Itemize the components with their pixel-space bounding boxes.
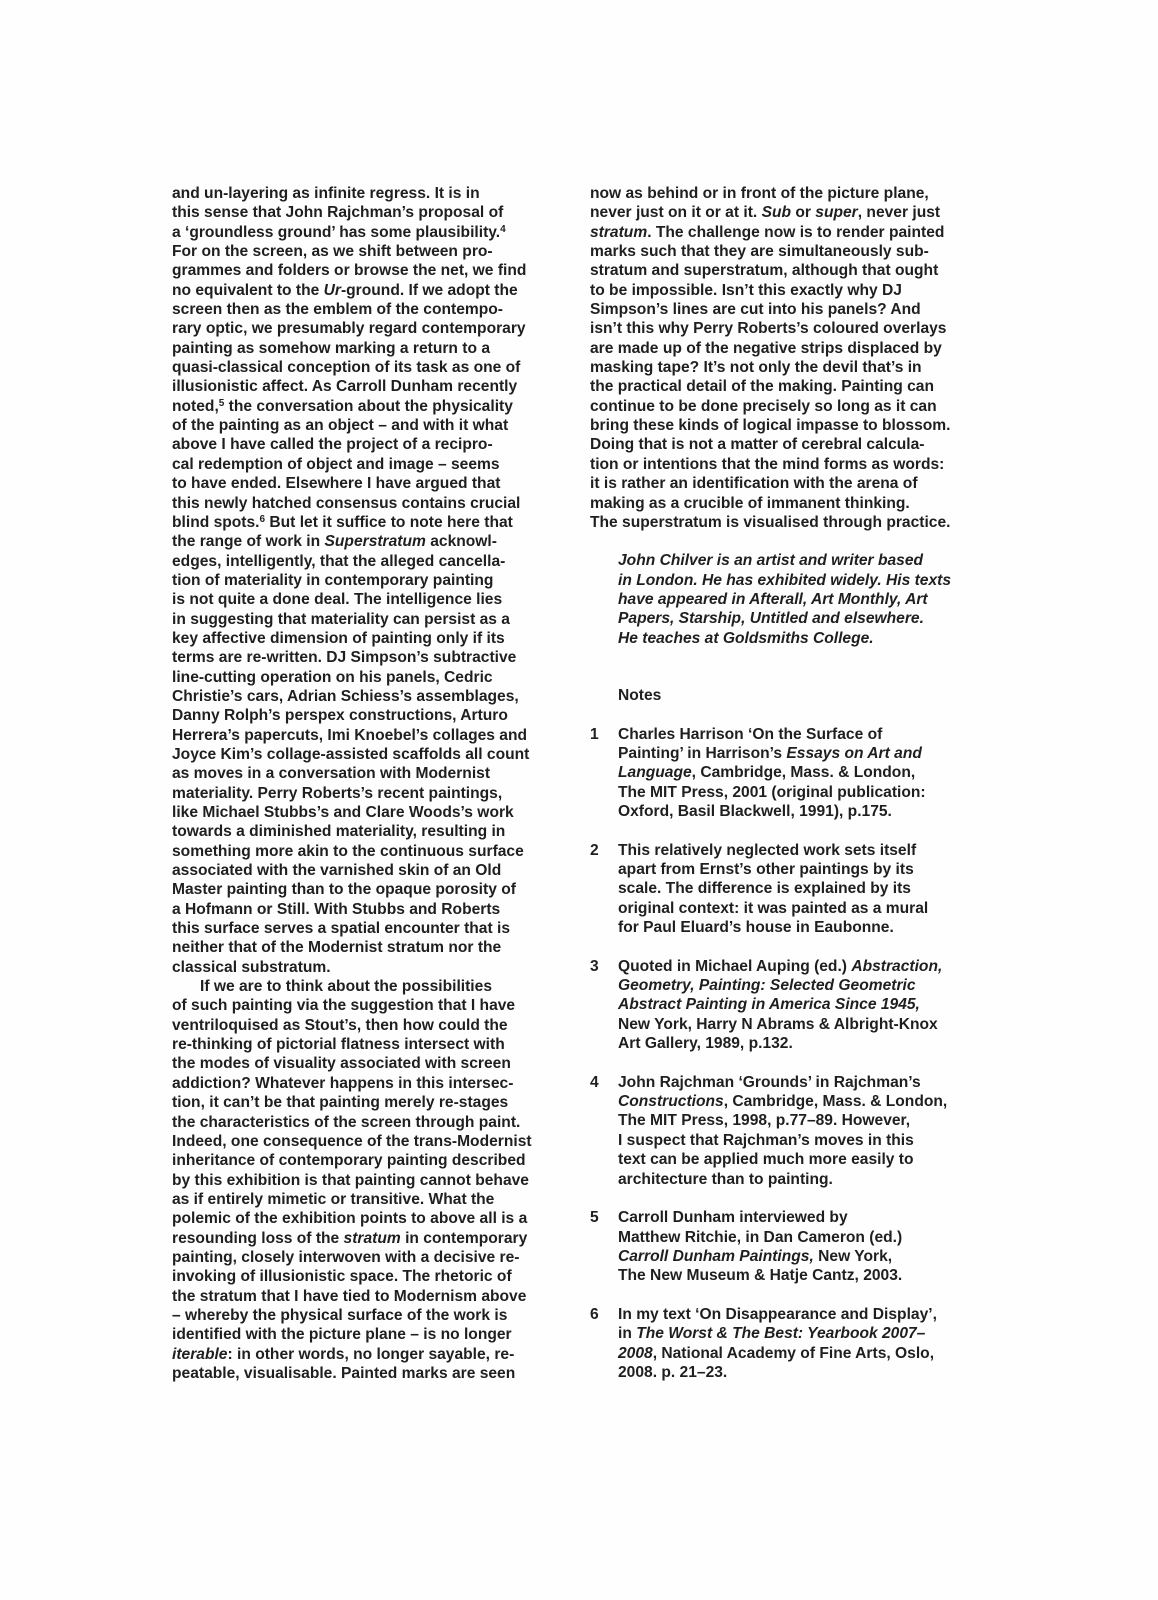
italic-title: Language <box>618 764 692 781</box>
note-item: 2 This relatively neglected work sets it… <box>590 841 1000 938</box>
text-line: Charles Harrison ‘On the Surface of <box>618 725 1000 744</box>
text-run: no equivalent to the <box>172 282 324 299</box>
text-line: masking tape? It’s not only the devil th… <box>590 358 1000 377</box>
text-run: , Cambridge, Mass. & London, <box>692 764 916 781</box>
text-line: polemic of the exhibition points to abov… <box>172 1209 572 1228</box>
text-line: Abstract Painting in America Since 1945, <box>618 995 1000 1014</box>
text-line: – whereby the physical surface of the wo… <box>172 1306 572 1325</box>
text-line: Constructions, Cambridge, Mass. & London… <box>618 1092 1000 1111</box>
text-line: If we are to think about the possibiliti… <box>172 977 572 996</box>
text-line: John Chilver is an artist and writer bas… <box>618 551 1000 570</box>
text-line: painting as somehow marking a return to … <box>172 339 572 358</box>
footnote-ref-4[interactable]: 4 <box>500 224 506 235</box>
text-run: Painting’ in Harrison’s <box>618 745 786 762</box>
text-line: materiality. Perry Roberts’s recent pain… <box>172 784 572 803</box>
text-line: rary optic, we presumably regard contemp… <box>172 319 572 338</box>
right-column: now as behind or in front of the picture… <box>590 184 1000 1382</box>
text-run: Quoted in Michael Auping (ed.) <box>618 958 851 975</box>
text-line: text can be applied much more easily to <box>618 1150 1000 1169</box>
text-line: Geometry, Painting: Selected Geometric <box>618 976 1000 995</box>
text-line: scale. The difference is explained by it… <box>618 879 1000 898</box>
body-paragraph-3: now as behind or in front of the picture… <box>590 184 1000 532</box>
italic-term: stratum <box>590 224 647 241</box>
text-line: to be impossible. Isn’t this exactly why… <box>590 281 1000 300</box>
text-line: terms are re-written. DJ Simpson’s subtr… <box>172 648 572 667</box>
text-run: a ‘groundless ground’ has some plausibil… <box>172 224 500 241</box>
text-line: Quoted in Michael Auping (ed.) Abstracti… <box>618 957 1000 976</box>
text-run: acknowl- <box>426 533 497 550</box>
text-line: a Hofmann or Still. With Stubbs and Robe… <box>172 900 572 919</box>
text-line: by this exhibition is that painting cann… <box>172 1171 572 1190</box>
italic-term: Ur <box>324 282 341 299</box>
text-line: identified with the picture plane – is n… <box>172 1325 572 1344</box>
text-line: the stratum that I have tied to Modernis… <box>172 1287 572 1306</box>
text-line: blind spots.6 But let it suffice to note… <box>172 513 572 532</box>
text-line: never just on it or at it. Sub or super,… <box>590 203 1000 222</box>
text-line: Christie’s cars, Adrian Schiess’s assemb… <box>172 687 572 706</box>
italic-title: Constructions <box>618 1093 724 1110</box>
text-run: , National Academy of Fine Arts, Oslo, <box>653 1345 934 1362</box>
text-line: The New Museum & Hatje Cantz, 2003. <box>618 1266 1000 1285</box>
text-run: , never just <box>858 204 940 221</box>
text-line: the modes of visuality associated with s… <box>172 1054 572 1073</box>
text-line: the range of work in Superstratum acknow… <box>172 532 572 551</box>
text-line: illusionistic affect. As Carroll Dunham … <box>172 377 572 396</box>
text-line: isn’t this why Perry Roberts’s coloured … <box>590 319 1000 338</box>
text-line: stratum and superstratum, although that … <box>590 261 1000 280</box>
text-line: Papers, Starship, Untitled and elsewhere… <box>618 609 1000 628</box>
body-paragraph-2: If we are to think about the possibiliti… <box>172 977 572 1383</box>
text-run: -ground. If we adopt the <box>341 282 518 299</box>
text-line: John Rajchman ‘Grounds’ in Rajchman’s <box>618 1073 1000 1092</box>
italic-term: stratum <box>344 1230 401 1247</box>
italic-term: iterable <box>172 1346 227 1363</box>
text-line: making as a crucible of immanent thinkin… <box>590 494 1000 513</box>
left-column: and un-layering as infinite regress. It … <box>172 184 572 1383</box>
text-line: noted,5 the conversation about the physi… <box>172 397 572 416</box>
text-run: never just on it or at it. <box>590 204 762 221</box>
text-line: For on the screen, as we shift between p… <box>172 242 572 261</box>
text-line: this surface serves a spatial encounter … <box>172 919 572 938</box>
notes-heading: Notes <box>590 686 1000 705</box>
text-line: now as behind or in front of the picture… <box>590 184 1000 203</box>
text-line: something more akin to the continuous su… <box>172 842 572 861</box>
note-number: 1 <box>590 725 599 744</box>
text-line: invoking of illusionistic space. The rhe… <box>172 1267 572 1286</box>
text-run: : in other words, no longer sayable, re- <box>227 1346 514 1363</box>
text-line: the practical detail of the making. Pain… <box>590 377 1000 396</box>
text-line: resounding loss of the stratum in contem… <box>172 1229 572 1248</box>
text-line: edges, intelligently, that the alleged c… <box>172 552 572 571</box>
text-line: ventriloquised as Stout’s, then how coul… <box>172 1016 572 1035</box>
text-line: quasi-classical conception of its task a… <box>172 358 572 377</box>
text-line: Carroll Dunham interviewed by <box>618 1208 1000 1227</box>
text-line: re-thinking of pictorial flatness inters… <box>172 1035 572 1054</box>
text-run: , Cambridge, Mass. & London, <box>724 1093 948 1110</box>
text-run: blind spots. <box>172 514 260 531</box>
text-line: tion of materiality in contemporary pain… <box>172 571 572 590</box>
text-line: Herrera’s papercuts, Imi Knoebel’s colla… <box>172 726 572 745</box>
text-run: the range of work in <box>172 533 325 550</box>
text-line: I suspect that Rajchman’s moves in this <box>618 1131 1000 1150</box>
text-run: the conversation about the physicality <box>224 398 513 415</box>
note-number: 4 <box>590 1073 599 1092</box>
text-line: in The Worst & The Best: Yearbook 2007– <box>618 1324 1000 1343</box>
italic-title: Carroll Dunham Paintings, <box>618 1248 814 1265</box>
text-line: bring these kinds of logical impasse to … <box>590 416 1000 435</box>
text-line: New York, Harry N Abrams & Albright-Knox <box>618 1015 1000 1034</box>
text-line: The superstratum is visualised through p… <box>590 513 1000 532</box>
note-item: 5 Carroll Dunham interviewed by Matthew … <box>590 1208 1000 1285</box>
note-number: 2 <box>590 841 599 860</box>
text-line: screen then as the emblem of the contemp… <box>172 300 572 319</box>
text-line: Language, Cambridge, Mass. & London, <box>618 763 1000 782</box>
text-line: this sense that John Rajchman’s proposal… <box>172 203 572 222</box>
text-line: grammes and folders or browse the net, w… <box>172 261 572 280</box>
text-line: Joyce Kim’s collage-assisted scaffolds a… <box>172 745 572 764</box>
text-line: painting, closely interwoven with a deci… <box>172 1248 572 1267</box>
text-line: inheritance of contemporary painting des… <box>172 1151 572 1170</box>
text-line: peatable, visualisable. Painted marks ar… <box>172 1364 572 1383</box>
note-item: 1 Charles Harrison ‘On the Surface of Pa… <box>590 725 1000 822</box>
text-run: in contemporary <box>401 1230 528 1247</box>
text-run: New York, <box>814 1248 892 1265</box>
text-line: tion, it can’t be that painting merely r… <box>172 1093 572 1112</box>
text-line: for Paul Eluard’s house in Eaubonne. <box>618 918 1000 937</box>
text-run: . The challenge now is to render painted <box>647 224 944 241</box>
text-line: In my text ‘On Disappearance and Display… <box>618 1305 1000 1324</box>
text-line: addiction? Whatever happens in this inte… <box>172 1074 572 1093</box>
notes-list: 1 Charles Harrison ‘On the Surface of Pa… <box>590 725 1000 1383</box>
text-line: architecture than to painting. <box>618 1170 1000 1189</box>
text-line: 2008. p. 21–23. <box>618 1363 1000 1382</box>
text-line: continue to be done precisely so long as… <box>590 397 1000 416</box>
text-line: as moves in a conversation with Modernis… <box>172 764 572 783</box>
text-line: Carroll Dunham Paintings, New York, <box>618 1247 1000 1266</box>
text-line: 2008, National Academy of Fine Arts, Osl… <box>618 1344 1000 1363</box>
text-line: original context: it was painted as a mu… <box>618 899 1000 918</box>
note-item: 3 Quoted in Michael Auping (ed.) Abstrac… <box>590 957 1000 1054</box>
text-run: But let it suffice to note here that <box>265 514 513 531</box>
text-line: The MIT Press, 2001 (original publicatio… <box>618 783 1000 802</box>
text-line: Danny Rolph’s perspex constructions, Art… <box>172 706 572 725</box>
text-line: neither that of the Modernist stratum no… <box>172 938 572 957</box>
italic-title: The Worst & The Best: Yearbook 2007– <box>636 1325 925 1342</box>
text-line: classical substratum. <box>172 958 572 977</box>
text-line: the characteristics of the screen throug… <box>172 1113 572 1132</box>
text-line: tion or intentions that the mind forms a… <box>590 455 1000 474</box>
text-line: iterable: in other words, no longer saya… <box>172 1345 572 1364</box>
text-line: cal redemption of object and image – see… <box>172 455 572 474</box>
italic-title: Essays on Art and <box>786 745 921 762</box>
text-line: marks such that they are simultaneously … <box>590 242 1000 261</box>
text-line: it is rather an identification with the … <box>590 474 1000 493</box>
note-item: 6 In my text ‘On Disappearance and Displ… <box>590 1305 1000 1382</box>
text-line: Doing that is not a matter of cerebral c… <box>590 435 1000 454</box>
text-line: Indeed, one consequence of the trans-Mod… <box>172 1132 572 1151</box>
text-line: no equivalent to the Ur-ground. If we ad… <box>172 281 572 300</box>
text-line: are made up of the negative strips displ… <box>590 339 1000 358</box>
text-line: have appeared in Afterall, Art Monthly, … <box>618 590 1000 609</box>
text-line: towards a diminished materiality, result… <box>172 822 572 841</box>
text-line: key affective dimension of painting only… <box>172 629 572 648</box>
text-line: and un-layering as infinite regress. It … <box>172 184 572 203</box>
text-run: in <box>618 1325 636 1342</box>
text-line: of the painting as an object – and with … <box>172 416 572 435</box>
text-line: This relatively neglected work sets itse… <box>618 841 1000 860</box>
text-run: or <box>791 204 815 221</box>
text-line: this newly hatched consensus contains cr… <box>172 494 572 513</box>
text-line: as if entirely mimetic or transitive. Wh… <box>172 1190 572 1209</box>
text-line: stratum. The challenge now is to render … <box>590 223 1000 242</box>
text-line: in suggesting that materiality can persi… <box>172 610 572 629</box>
document-page: and un-layering as infinite regress. It … <box>0 0 1158 1600</box>
text-line: Painting’ in Harrison’s Essays on Art an… <box>618 744 1000 763</box>
text-line: is not quite a done deal. The intelligen… <box>172 590 572 609</box>
text-line: associated with the varnished skin of an… <box>172 861 572 880</box>
italic-title: Abstraction, <box>851 958 942 975</box>
text-line: apart from Ernst’s other paintings by it… <box>618 860 1000 879</box>
text-line: Matthew Ritchie, in Dan Cameron (ed.) <box>618 1228 1000 1247</box>
text-line: to have ended. Elsewhere I have argued t… <box>172 474 572 493</box>
text-line: like Michael Stubbs’s and Clare Woods’s … <box>172 803 572 822</box>
text-line: above I have called the project of a rec… <box>172 435 572 454</box>
text-line: Art Gallery, 1989, p.132. <box>618 1034 1000 1053</box>
author-bio: John Chilver is an artist and writer bas… <box>590 551 1000 648</box>
text-line: Simpson’s lines are cut into his panels?… <box>590 300 1000 319</box>
text-line: Master painting than to the opaque poros… <box>172 880 572 899</box>
text-run: noted, <box>172 398 219 415</box>
text-line: in London. He has exhibited widely. His … <box>618 571 1000 590</box>
text-run: resounding loss of the <box>172 1230 344 1247</box>
note-item: 4 John Rajchman ‘Grounds’ in Rajchman’s … <box>590 1073 1000 1189</box>
italic-term: Sub <box>762 204 791 221</box>
text-line: The MIT Press, 1998, p.77–89. However, <box>618 1111 1000 1130</box>
text-line: line-cutting operation on his panels, Ce… <box>172 668 572 687</box>
italic-term: Superstratum <box>325 533 426 550</box>
italic-term: super <box>815 204 857 221</box>
note-number: 6 <box>590 1305 599 1324</box>
text-line: of such painting via the suggestion that… <box>172 996 572 1015</box>
note-number: 5 <box>590 1208 599 1227</box>
text-line: a ‘groundless ground’ has some plausibil… <box>172 223 572 242</box>
text-line: He teaches at Goldsmiths College. <box>618 629 1000 648</box>
note-number: 3 <box>590 957 599 976</box>
body-paragraph-1: and un-layering as infinite regress. It … <box>172 184 572 977</box>
text-line: Oxford, Basil Blackwell, 1991), p.175. <box>618 802 1000 821</box>
italic-title: 2008 <box>618 1345 653 1362</box>
